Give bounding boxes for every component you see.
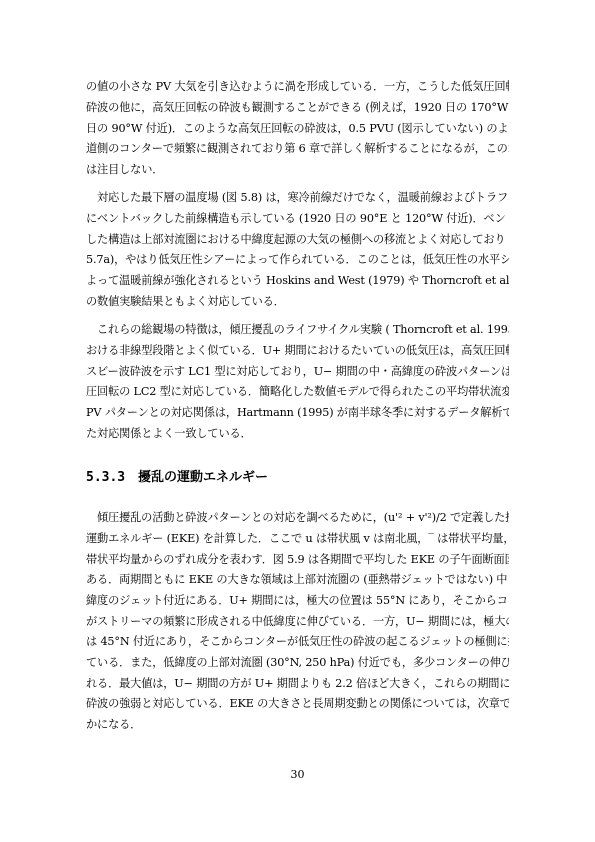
text-line: れる．最大値は，U− 期間の方が U+ 期間よりも 2.2 倍ほど大きく，これら… [86, 677, 509, 691]
text-line: の数値実験結果ともよく対応している． [86, 295, 509, 309]
text-line: した構造は上部対流圏における中緯度起源の大気の極側への移流とよく対応しており (… [86, 233, 509, 247]
text-line: 道側のコンターで頻繁に観測されており第 6 章で詳しく解析することになるが，この… [86, 142, 509, 156]
text-line: 傾圧擾乱の活動と砕波パターンとの対応を調べるために，(u'² + v'²)/2 … [97, 511, 509, 525]
text-line: 帯状平均量からのずれ成分を表わす．図 5.9 は各期間で平均した EKE の子午… [86, 553, 509, 567]
text-line: 運動エネルギー (EKE) を計算した．ここで u は帯状風 v は南北風，‾ … [86, 532, 509, 546]
section-title: 擾乱の運動エネルギー [138, 470, 268, 485]
text-line: 日の 90°W 付近)．このような高気圧回転の砕波は，0.5 PVU (図示して… [86, 122, 509, 136]
text-line: 砕波の強弱と対応している．EKE の大きさと長周期変動との関係については，次章で… [86, 697, 509, 711]
text-line: 対応した最下層の温度場 (図 5.8) は，寒冷前線だけでなく，温暖前線およびト… [97, 191, 509, 205]
document-page: の値の小さな PV 大気を引き込むように渦を形成している．一方，こうした低気圧回… [0, 0, 595, 842]
text-line: かになる． [86, 718, 509, 732]
text-line: ある．両期間ともに EKE の大きな領域は上部対流圏の (亜熱帯ジェットではない… [86, 573, 509, 587]
text-line: 圧回転の LC2 型に対応している．簡略化した数値モデルで得られたこの平均帯状流… [86, 385, 509, 399]
text-line: 砕波の他に，高気圧回転の砕波も観測することができる (例えば，1920 日の 1… [86, 101, 509, 115]
text-line: よって温暖前線が強化されるという Hoskins and West (1979)… [86, 274, 509, 288]
text-line: は注目しない． [86, 163, 509, 177]
page-number: 30 [0, 768, 595, 781]
text-line: おける非線型段階とよく似ている．U+ 期間におけるたいていの低気圧は，高気圧回転… [86, 344, 509, 358]
text-line: PV パターンとの対応関係は，Hartmann (1995) が南半球冬季に対す… [86, 406, 509, 420]
text-line: 5.7a)，やはり低気圧性シアーによって作られている．このことは，低気圧性の水平… [86, 253, 509, 267]
text-line: た対応関係とよく一致している． [86, 427, 509, 441]
section-number: 5.3.3 [86, 470, 138, 485]
text-line: の値の小さな PV 大気を引き込むように渦を形成している．一方，こうした低気圧回… [86, 80, 509, 94]
text-line: は 45°N 付近にあり，そこからコンターが低気圧性の砕波の起こるジェットの極側… [86, 635, 509, 649]
text-line: 緯度のジェット付近にある．U+ 期間には，極大の位置は 55°N にあり，そこか… [86, 594, 509, 608]
text-line: がストリーマの頻繁に形成される中低緯度に伸びている．一方，U− 期間には，極大の… [86, 615, 509, 629]
text-line: これらの総観場の特徴は，傾圧擾乱のライフサイクル実験 ( Thorncroft … [97, 323, 509, 337]
text-line: ている．また，低緯度の上部対流圏 (30°N, 250 hPa) 付近でも，多少… [86, 656, 509, 670]
text-line: スビー波砕波を示す LC1 型に対応しており，U− 期間の中・高緯度の砕波パター… [86, 365, 509, 379]
text-line: にベントバックした前線構造も示している (1920 日の 90°E と 120°… [86, 212, 509, 226]
section-heading: 5.3.3擾乱の運動エネルギー [86, 466, 268, 485]
